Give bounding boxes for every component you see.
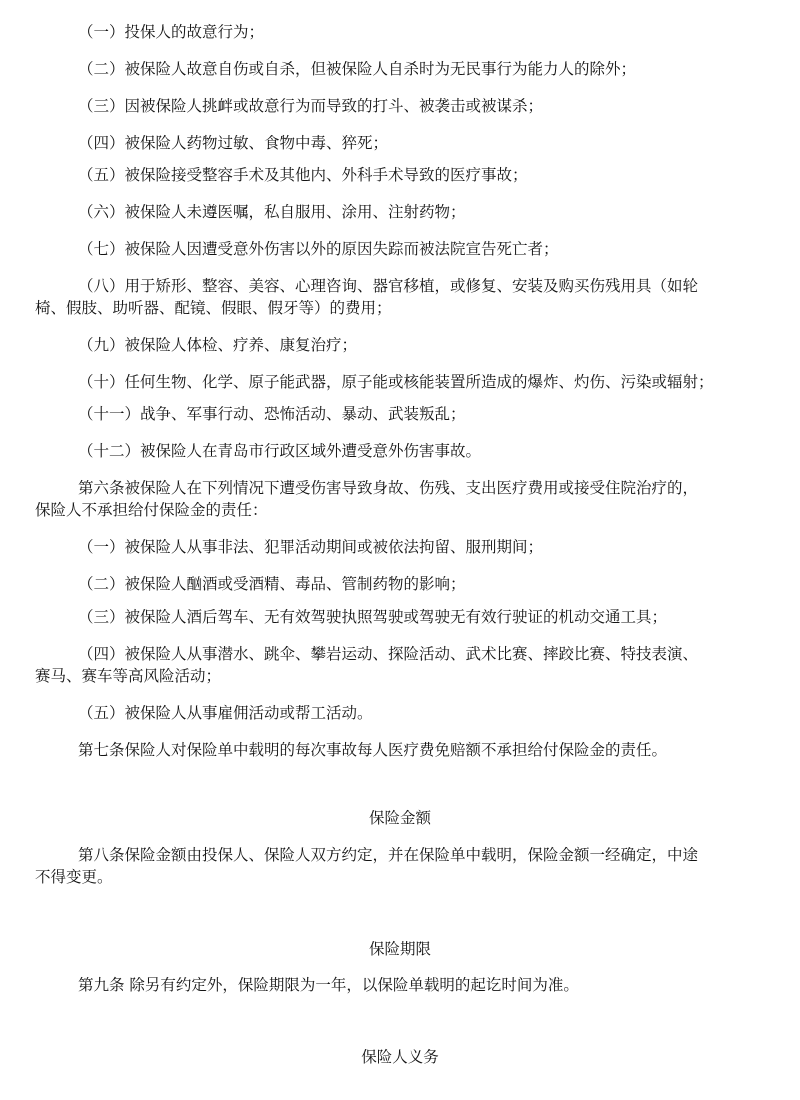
item-number: （五） [78,704,125,722]
item-text: 被保险人酒后驾车、无有效驾驶执照驾驶或驾驶无有效行驶证的机动交通工具； [125,608,668,626]
clause-6-continued: 保险人不承担给付保险金的责任： [35,500,268,520]
section-heading-obligations: 保险人义务 [0,1047,800,1067]
exclusion-item-10: （十）任何生物、化学、原子能武器，原子能或核能装置所造成的爆炸、灼伤、污染或辐射… [78,372,714,392]
item-text: 被保险人因遭受意外伤害以外的原因失踪而被法院宣告死亡者； [125,240,559,258]
clause-8: 第八条保险金额由投保人、保险人双方约定，并在保险单中载明，保险金额一经确定，中途 [78,845,698,865]
item-number: （十） [78,373,125,391]
exclusion-item-9: （九）被保险人体检、疗养、康复治疗； [78,335,357,355]
item-number: （十一） [78,405,140,423]
clause-text: 保险人对保险单中载明的每次事故每人医疗费免赔额不承担给付保险金的责任。 [125,741,668,759]
clause-6-item-4-continued: 赛马、赛车等高风险活动； [35,666,221,686]
item-number: （三） [78,608,125,626]
clause-9: 第九条 除另有约定外，保险期限为一年，以保险单载明的起讫时间为准。 [78,975,579,995]
clause-label: 第七条 [78,741,125,759]
item-text: 被保险人酗酒或受酒精、毒品、管制药物的影响； [125,575,466,593]
document-page: （一）投保人的故意行为； （二）被保险人故意自伤或自杀，但被保险人自杀时为无民事… [0,0,800,1100]
item-number: （七） [78,240,125,258]
item-text: 战争、军事行动、恐怖活动、暴动、武装叛乱； [140,405,466,423]
section-heading-sum-insured: 保险金额 [0,808,800,828]
item-text: 被保险人体检、疗养、康复治疗； [125,336,358,354]
item-number: （二） [78,575,125,593]
item-number: （四） [78,645,125,663]
item-number: （一） [78,23,125,41]
item-number: （一） [78,538,125,556]
exclusion-item-7: （七）被保险人因遭受意外伤害以外的原因失踪而被法院宣告死亡者； [78,239,559,259]
clause-6-item-4: （四）被保险人从事潜水、跳伞、攀岩运动、探险活动、武术比赛、摔跤比赛、特技表演、 [78,644,698,664]
item-number: （九） [78,336,125,354]
exclusion-item-5: （五）被保险接受整容手术及其他内、外科手术导致的医疗事故； [78,165,528,185]
item-number: （八） [78,277,125,295]
exclusion-item-2: （二）被保险人故意自伤或自杀，但被保险人自杀时为无民事行为能力人的除外； [78,59,636,79]
exclusion-item-11: （十一）战争、军事行动、恐怖活动、暴动、武装叛乱； [78,404,466,424]
exclusion-item-3: （三）因被保险人挑衅或故意行为而导致的打斗、被袭击或被谋杀； [78,96,543,116]
item-text: 被保险人药物过敏、食物中毒、猝死； [125,134,389,152]
item-text: 被保险人故意自伤或自杀，但被保险人自杀时为无民事行为能力人的除外； [125,60,637,78]
item-number: （十二） [78,442,140,460]
exclusion-item-8-continued: 椅、假肢、助听器、配镜、假眼、假牙等）的费用； [35,298,392,318]
item-text: 被保险人从事潜水、跳伞、攀岩运动、探险活动、武术比赛、摔跤比赛、特技表演、 [125,645,699,663]
clause-8-continued: 不得变更。 [35,867,113,887]
item-number: （三） [78,97,125,115]
item-text: 被保险人从事雇佣活动或帮工活动。 [125,704,373,722]
item-text: 被保险人未遵医嘱，私自服用、涂用、注射药物； [125,203,466,221]
clause-6-item-1: （一）被保险人从事非法、犯罪活动期间或被依法拘留、服刑期间； [78,537,543,557]
item-text: 因被保险人挑衅或故意行为而导致的打斗、被袭击或被谋杀； [125,97,544,115]
clause-6-item-5: （五）被保险人从事雇佣活动或帮工活动。 [78,703,373,723]
exclusion-item-6: （六）被保险人未遵医嘱，私自服用、涂用、注射药物； [78,202,466,222]
clause-7: 第七条保险人对保险单中载明的每次事故每人医疗费免赔额不承担给付保险金的责任。 [78,740,667,760]
clause-label: 第六条 [78,479,125,497]
clause-text: 被保险人在下列情况下遭受伤害导致身故、伤残、支出医疗费用或接受住院治疗的， [125,479,699,497]
item-number: （五） [78,166,125,184]
exclusion-item-4: （四）被保险人药物过敏、食物中毒、猝死； [78,133,388,153]
section-heading-period: 保险期限 [0,939,800,959]
item-text: 被保险接受整容手术及其他内、外科手术导致的医疗事故； [125,166,528,184]
item-number: （二） [78,60,125,78]
item-text: 被保险人在青岛市行政区域外遭受意外伤害事故。 [140,442,481,460]
exclusion-item-1: （一）投保人的故意行为； [78,22,264,42]
exclusion-item-8: （八）用于矫形、整容、美容、心理咨询、器官移植，或修复、安装及购买伤残用具（如轮 [78,276,698,296]
item-number: （四） [78,134,125,152]
clause-6-item-2: （二）被保险人酗酒或受酒精、毒品、管制药物的影响； [78,574,466,594]
clause-6: 第六条被保险人在下列情况下遭受伤害导致身故、伤残、支出医疗费用或接受住院治疗的， [78,478,698,498]
item-text: 被保险人从事非法、犯罪活动期间或被依法拘留、服刑期间； [125,538,544,556]
item-text: 用于矫形、整容、美容、心理咨询、器官移植，或修复、安装及购买伤残用具（如轮 [125,277,699,295]
item-text: 投保人的故意行为； [125,23,265,41]
item-text: 任何生物、化学、原子能武器，原子能或核能装置所造成的爆炸、灼伤、污染或辐射； [125,373,714,391]
clause-6-item-3: （三）被保险人酒后驾车、无有效驾驶执照驾驶或驾驶无有效行驶证的机动交通工具； [78,607,667,627]
exclusion-item-12: （十二）被保险人在青岛市行政区域外遭受意外伤害事故。 [78,441,481,461]
item-number: （六） [78,203,125,221]
